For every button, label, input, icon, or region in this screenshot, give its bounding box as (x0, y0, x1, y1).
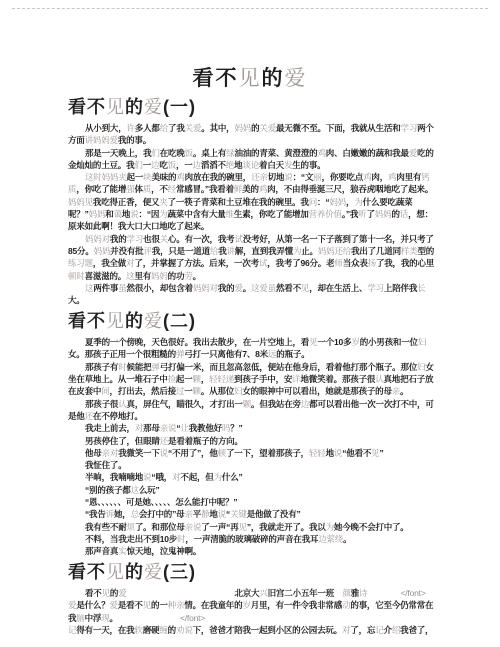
paragraph: 那孩子很认真，屏住气，瞄很久，才打出一颗。但我站在旁边都可以看出他一次一次打不中… (68, 398, 435, 423)
top-divider (12, 8, 488, 9)
paragraph: 这时妈妈夹起一块美味的鸡肉放在我的碗里，还亲切地说：“文丽，你要吃点鸡肉，鸡肉里… (68, 171, 435, 232)
paragraph: “我告诉她，总会打中的”母亲平静地说“关键是他做了没有” (68, 508, 435, 520)
paragraph: “别的孩子都这么玩” (68, 484, 435, 496)
paragraph: “恩、、、、、、可是她、、、、、怎么能打中呢？” (68, 496, 435, 508)
paragraph: 男孩停住了，但眼睛还是看着瓶子的方向。 (68, 435, 435, 447)
section-1-heading: 看不见的爱(一) (68, 97, 435, 118)
section-2: 看不见的爱(二) 夏季的一个傍晚，天色很好。我出去散步，在一片空地上，看见一个1… (68, 311, 435, 557)
paragraph: 他母亲对我微笑一下说“不用了”，他顿了一下，望着那孩子，轻轻地说“他看不见” (68, 447, 435, 459)
section-1-body: 从小到大，许多人都给了我关爱。其中，妈妈的关爱最无微不至。下面，我就从生活和学习… (68, 122, 435, 306)
paragraph: 我怔住了。 (68, 459, 435, 471)
section-2-heading: 看不见的爱(二) (68, 311, 435, 332)
paragraph: 爱是什么？爱是看不见的一种亲情。在我童年的岁月里，有一件令我非常感动的事，它至今… (68, 599, 435, 624)
section-3-body: 看不见的爱 北京大兴旧宫二小五年一班 颜雅诗 </font>爱是什么？爱是看不见… (68, 587, 435, 636)
paragraph: 我有些不耐烦了。和那位母亲说了一声“再见”，我就走开了。我以为她今晚不会打中了。 (68, 521, 435, 533)
paragraph: 从小到大，许多人都给了我关爱。其中，妈妈的关爱最无微不至。下面，我就从生活和学习… (68, 122, 435, 147)
paragraph: 夏季的一个傍晚，天色很好。我出去散步，在一片空地上，看见一个10多岁的小男孩和一… (68, 336, 435, 361)
paragraph: 妈妈对我的学习也很关心。有一次，我考试没考好，从第一名一下子落到了第十一名，并只… (68, 233, 435, 282)
paragraph: 我走上前去，对那母亲说“让我教他好吗？” (68, 422, 435, 434)
section-1: 看不见的爱(一) 从小到大，许多人都给了我关爱。其中，妈妈的关爱最无微不至。下面… (68, 97, 435, 306)
paragraph: 那孩子有时候能把弹弓打偏一米，而且忽高忽低，便站在他身后，看着他打那个瓶子。那位… (68, 361, 435, 398)
document-page: 看不见的爱 看不见的爱(一) 从小到大，许多人都给了我关爱。其中，妈妈的关爱最无… (0, 8, 500, 647)
font-tag-artifact: </font> (180, 613, 205, 623)
section-3: 看不见的爱(三) 看不见的爱 北京大兴旧宫二小五年一班 颜雅诗 </font>爱… (68, 562, 435, 636)
font-tag-artifact: </font> (401, 588, 426, 598)
paragraph: 这两件事虽然很小，却包含着妈妈对我的爱。这爱虽然看不见，却在生活上、学习上陪伴我… (68, 282, 435, 307)
paragraph: 记得有一天，在我软磨硬缠的劝说下，爸爸才陪我一起到小区的公园去玩。对了，忘记介绍… (68, 624, 435, 636)
paragraph: 不料，当我走出不到10步时，一声清脆的玻璃破碎的声音在我耳边萦绕。 (68, 533, 435, 545)
section-3-heading: 看不见的爱(三) (68, 562, 435, 583)
paragraph: 看不见的爱 北京大兴旧宫二小五年一班 颜雅诗 </font> (68, 587, 435, 599)
section-2-body: 夏季的一个傍晚，天色很好。我出去散步，在一片空地上，看见一个10多岁的小男孩和一… (68, 336, 435, 557)
paragraph: 半晌，我喃喃地说“哦，对不起，但为什么” (68, 471, 435, 483)
document-content: 看不见的爱(一) 从小到大，许多人都给了我关爱。其中，妈妈的关爱最无微不至。下面… (68, 97, 435, 636)
document-title: 看不见的爱 (0, 65, 500, 92)
paragraph: 那声音真实惊天地，泣鬼神啊。 (68, 545, 435, 557)
paragraph: 那是一天晚上，我们在吃晚饭。桌上有绿油油的青菜、黄澄澄的鸡肉、白嫩嫩的蔬和我最爱… (68, 147, 435, 172)
